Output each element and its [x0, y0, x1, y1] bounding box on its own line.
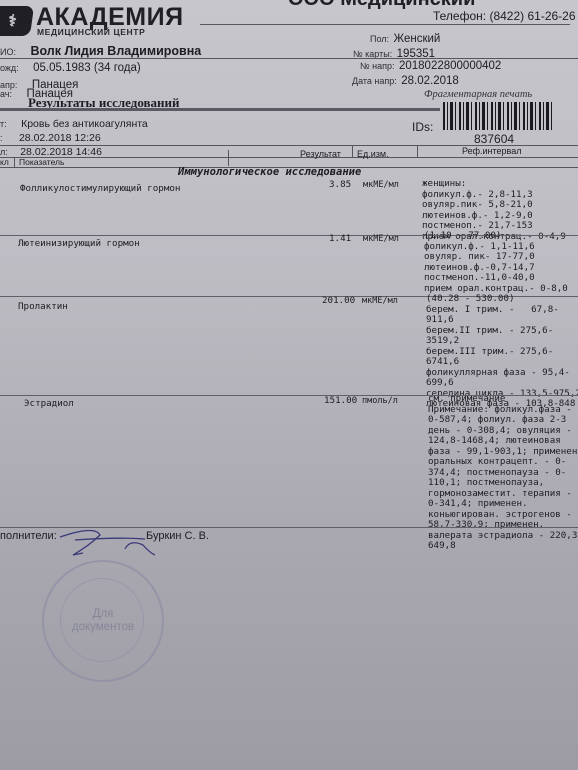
- divider: [200, 24, 570, 25]
- referral-date-value: 28.02.2018: [401, 75, 459, 87]
- performer-name: Буркин С. В.: [146, 530, 209, 542]
- name-label: ИО:: [0, 47, 16, 57]
- divider: [228, 150, 229, 166]
- col-unit: Ед.изм.: [357, 149, 389, 159]
- doctor-label: ач:: [0, 89, 12, 99]
- logo-subtitle: МЕДИЦИНСКИЙ ЦЕНТР: [37, 27, 145, 37]
- sex-label: Пол:: [370, 34, 389, 44]
- print-mode: Фрагментарная печать: [424, 89, 532, 100]
- logo-icon: ⚕: [0, 6, 34, 36]
- row-result: 151.00: [324, 396, 357, 407]
- referral-date-label: Дата напр:: [352, 76, 397, 86]
- row-result: 3.85: [329, 180, 351, 191]
- row-unit: мкМЕ/мл: [363, 180, 399, 191]
- row-ref: (1.10 - 77.00) фоликул.ф.- 1,1-11,6 овул…: [424, 231, 568, 294]
- barcode-icon: [443, 102, 553, 130]
- row-unit: пмоль/л: [362, 396, 398, 407]
- row-result: 201.00: [322, 296, 355, 307]
- stamp-icon: Для документов: [42, 560, 164, 682]
- col-kl: кл: [0, 157, 9, 167]
- stamp-text: Для документов: [44, 608, 162, 634]
- divider: [0, 108, 440, 111]
- divider: [417, 145, 418, 157]
- dob-label: ожд:: [0, 63, 19, 73]
- signature-icon: [55, 525, 155, 561]
- ids-label: IDs:: [412, 120, 433, 134]
- section-title: Иммунологическое исследование: [178, 166, 361, 178]
- phone: Телефон: (8422) 61-26-26: [433, 9, 576, 23]
- caduceus-icon: ⚕: [7, 11, 18, 31]
- col-indicator: Показатель: [19, 157, 64, 167]
- dob-value: 05.05.1983 (34 года): [33, 62, 141, 74]
- referral-label: № напр:: [360, 61, 395, 71]
- row-name: Фолликулостимулирующий гормон: [20, 184, 180, 195]
- divider: [14, 157, 15, 167]
- row-unit: мкМЕ/мл: [362, 296, 398, 307]
- row-name: Пролактин: [18, 302, 68, 313]
- row-unit: мкМЕ/мл: [363, 234, 399, 245]
- performers-label: полнители:: [0, 530, 57, 542]
- row-result: 1.41: [329, 234, 351, 245]
- row-name: Эстрадиол: [24, 399, 74, 410]
- col-ref: Реф.интервал: [462, 146, 521, 156]
- col-result: Результат: [300, 149, 341, 159]
- row-name: Лютеинизирующий гормон: [18, 239, 140, 250]
- divider: [352, 145, 353, 157]
- referral-date-field: Дата напр: 28.02.2018: [352, 71, 459, 89]
- barcode-number: 837604: [474, 132, 514, 146]
- dob-field: ожд: 05.05.1983 (34 года): [0, 58, 141, 76]
- patient-name: Волк Лидия Владимировна: [30, 44, 201, 58]
